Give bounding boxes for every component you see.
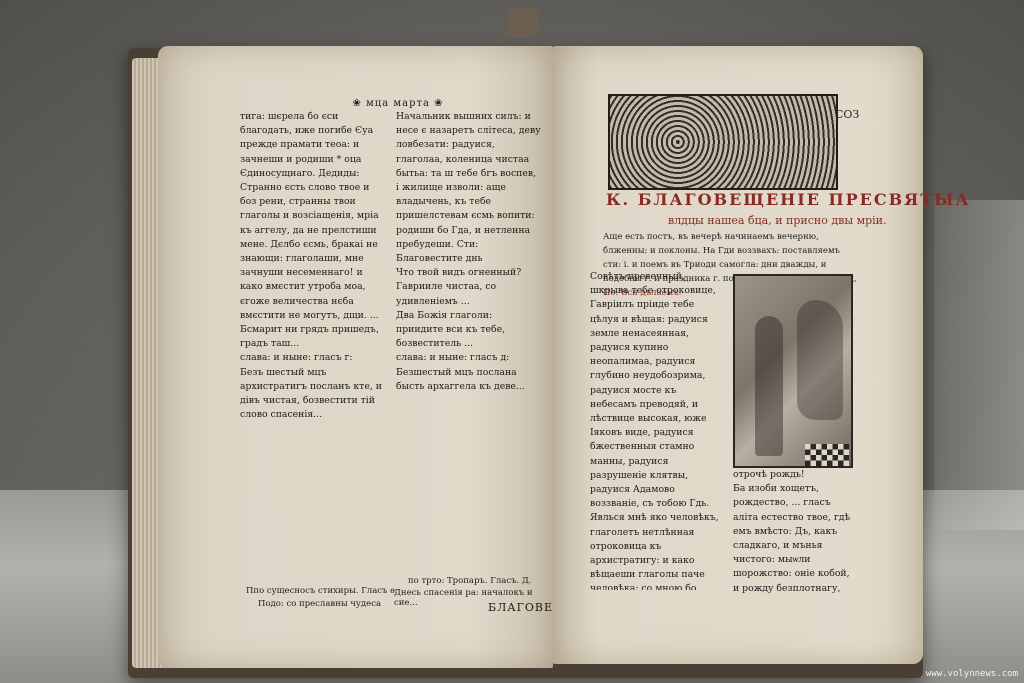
checkered-floor xyxy=(805,444,849,466)
virgin-mary-figure xyxy=(755,316,783,456)
glass-case-reflection xyxy=(934,200,1024,530)
right-page-column-2: отрочѣ рождь! Ба изоби хощетъ, рождество… xyxy=(733,468,853,598)
signature-mark: СОЗ xyxy=(835,108,859,121)
running-head: ❀ мца марта ❀ xyxy=(248,98,548,109)
left-footer-col2-line-1: по трто: Тропаръ. Гласъ. Д. xyxy=(408,576,532,586)
right-page-column-1: Совѣтъ превечный, шкрыва тебе отроковице… xyxy=(590,270,725,590)
archangel-gabriel-figure xyxy=(797,300,843,420)
spine-clasp xyxy=(508,8,538,38)
annunciation-woodcut-illustration xyxy=(733,274,853,468)
feast-title-text: БЛАГОВЕЩЕНІЕ ПРЕСВЯТЫА xyxy=(638,190,971,209)
left-page-column-2: Начальник вышних силъ: и несе є назаретъ… xyxy=(396,110,541,580)
left-page-column-1: тига: шєрела бо єси благодать, иже погиб… xyxy=(240,110,385,580)
left-page: ❀ мца марта ❀ тига: шєрела бо єси благод… xyxy=(158,46,553,668)
feast-number: К. xyxy=(606,190,630,209)
feast-title: К. БЛАГОВЕЩЕНІЕ ПРЕСВЯТЫА xyxy=(606,190,970,209)
open-book: ❀ мца марта ❀ тига: шєрела бо єси благод… xyxy=(128,38,928,678)
feast-subtitle: влдцы нашеа бца, и присно двы мріи. xyxy=(668,214,887,227)
left-footer-line-1: Ппо сущесносъ стихиры. Гласъ ѳ. xyxy=(246,586,398,596)
ornamental-headpiece-woodcut xyxy=(608,94,838,190)
left-footer-line-2: Подо: со преславны чудеса xyxy=(258,599,381,609)
watermark: www.volynnews.com xyxy=(926,669,1018,679)
catchword: БЛАГОВЕ xyxy=(488,601,553,614)
